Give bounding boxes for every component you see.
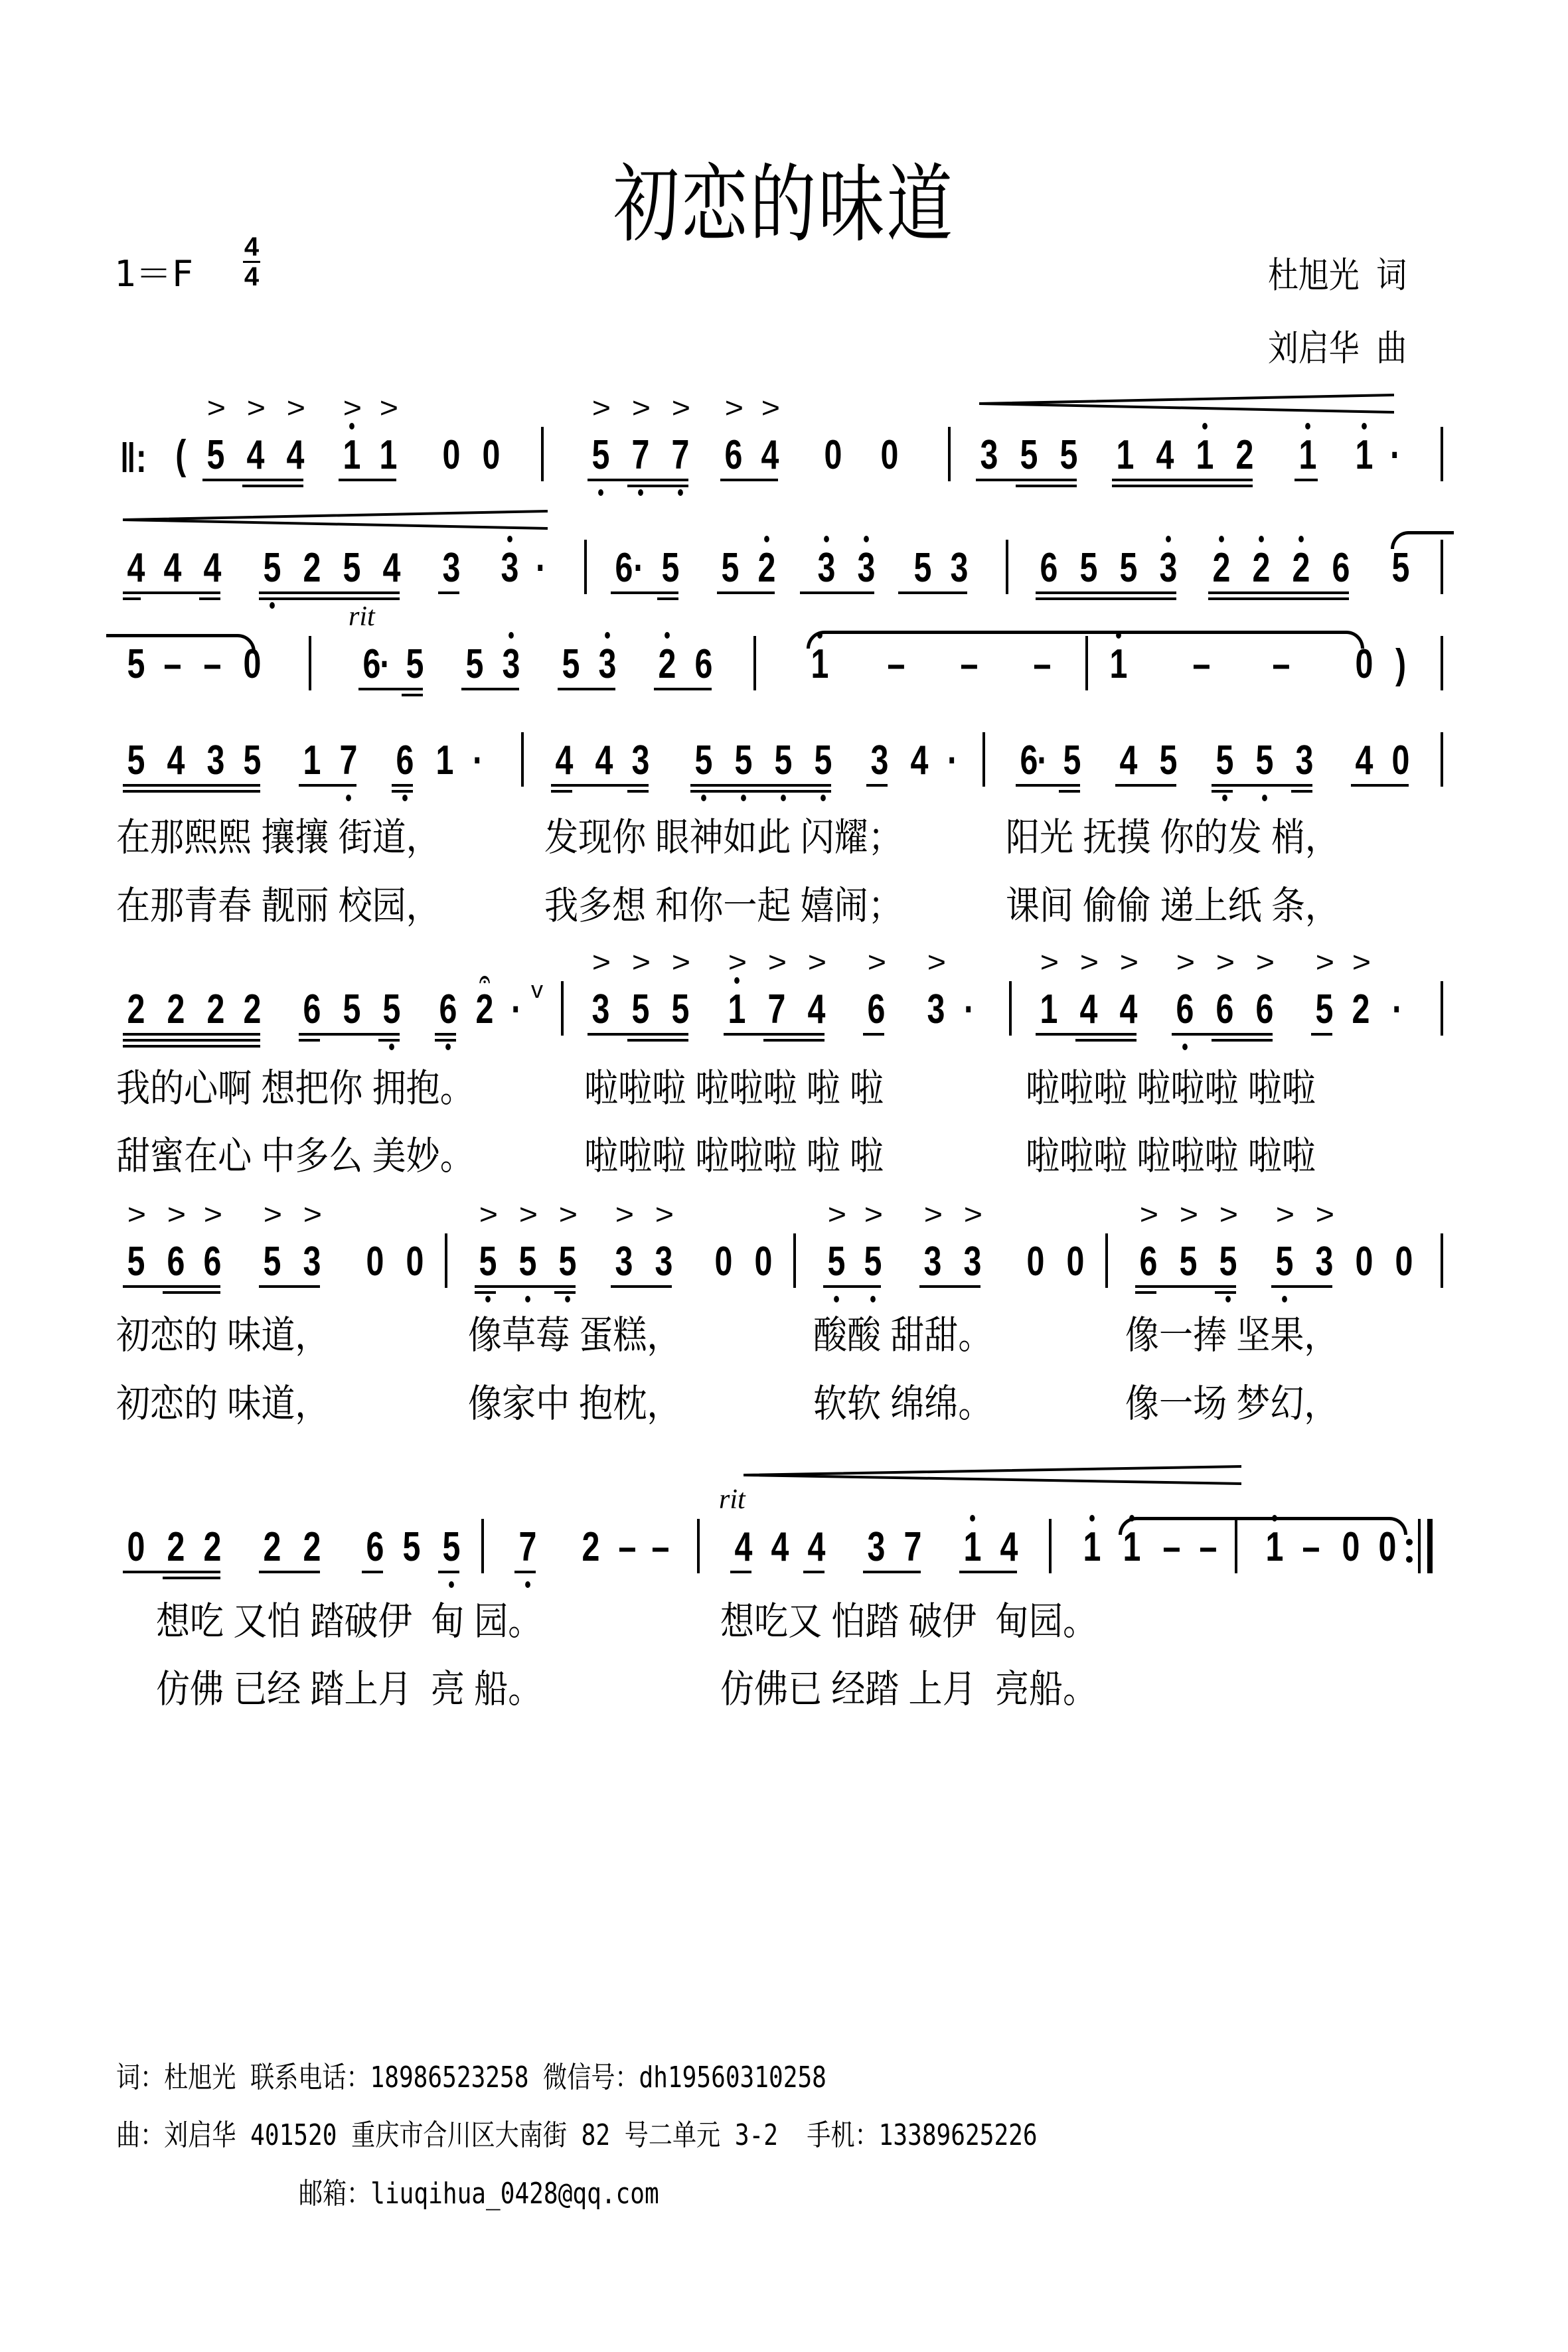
note: 0 [713, 1241, 734, 1283]
accent-icon: > [559, 1200, 578, 1229]
duration-underline [438, 591, 459, 594]
note: 5 [1118, 548, 1138, 589]
note: 7 [338, 740, 358, 781]
duration-underline [1212, 790, 1233, 793]
octave-up-dot-icon [1259, 536, 1264, 542]
accent-icon: > [1316, 1200, 1334, 1229]
note: 4 [162, 548, 183, 589]
note: 2 [165, 989, 186, 1030]
lyric-segment: 像草莓 蛋糕， [468, 1316, 680, 1356]
note: 4 [806, 1527, 826, 1568]
note: 5 [557, 1241, 578, 1283]
note: 6 [1214, 989, 1235, 1030]
note: 7 [766, 989, 787, 1030]
duration-underline [461, 688, 519, 690]
octave-down-dot-icon [1182, 1044, 1188, 1050]
note: 5 [660, 548, 680, 589]
repeat-end-thick-bar [1427, 1519, 1433, 1573]
note: 1 [1115, 435, 1135, 476]
note: 0 [404, 1241, 425, 1283]
accent-icon: > [592, 394, 611, 423]
note: 4 [733, 1527, 753, 1568]
note: 5 [1178, 1241, 1198, 1283]
duration-underline [242, 485, 303, 487]
note: 4 [769, 1527, 790, 1568]
note: 2𝄐 [474, 989, 495, 1030]
duration-underline [392, 784, 413, 787]
augmentation-dot: · [959, 989, 979, 1030]
accent-icon: > [964, 1200, 982, 1229]
note: 5 [464, 644, 485, 685]
note: 1 [809, 644, 830, 685]
duration-underline [657, 597, 678, 600]
lyric-segment: 我多想 和你一起 嬉闹； [544, 886, 902, 926]
duration-underline [627, 485, 688, 487]
duration-underline [690, 790, 831, 793]
note: 1 [301, 740, 322, 781]
accent-icon: > [1080, 948, 1099, 977]
repeat-dot-icon [1406, 1556, 1413, 1563]
note: 5 [1158, 740, 1178, 781]
duration-underline [435, 1033, 456, 1036]
duration-underline [358, 688, 423, 690]
note: 4 [806, 989, 826, 1030]
dash-extension: – [617, 1527, 637, 1568]
note: 1 [962, 1527, 982, 1568]
note: 2 [1291, 548, 1311, 589]
augmentation-dot: · [530, 548, 551, 589]
note: 6 [1330, 548, 1351, 589]
octave-down-dot-icon [402, 795, 408, 801]
note: 4 [1118, 740, 1138, 781]
accent-icon: > [1120, 948, 1138, 977]
lyric-segment: 初恋的 味道， [116, 1384, 329, 1424]
note: 5 [517, 1241, 538, 1283]
note: 4 [1078, 989, 1099, 1030]
accent-icon: > [1176, 948, 1195, 977]
octave-up-dot-icon [605, 632, 610, 639]
duration-underline [1036, 591, 1176, 594]
accent-icon: > [247, 394, 266, 423]
note: 2 [1211, 548, 1231, 589]
lyric-segment: 像家中 抱枕， [468, 1384, 680, 1424]
note: 1 [1194, 435, 1215, 476]
duration-underline [475, 1291, 496, 1294]
note: 5 [1078, 548, 1099, 589]
score-notation: ‖:(5>4>4>1>1>005>7>7>6>4>00355141211·444… [0, 0, 1568, 2352]
note: 5 [441, 1527, 461, 1568]
barline [1441, 636, 1443, 690]
note: 7 [630, 435, 651, 476]
note: 3 [949, 548, 969, 589]
duration-underline [123, 591, 220, 594]
octave-up-dot-icon [1166, 536, 1171, 542]
note: 6 [165, 1241, 186, 1283]
duration-underline [588, 479, 688, 481]
duration-underline [611, 591, 678, 594]
barline [1441, 981, 1443, 1036]
accent-icon: > [728, 948, 747, 977]
note: 5 [1058, 435, 1079, 476]
barline [1105, 1233, 1108, 1288]
duration-underline [1135, 1291, 1156, 1294]
note: 3 [501, 644, 521, 685]
barline [793, 1233, 796, 1288]
note: 5 [1314, 989, 1334, 1030]
note: 4 [909, 740, 929, 781]
duration-underline [627, 1039, 688, 1042]
note: 2 [580, 1527, 601, 1568]
accent-icon: > [632, 948, 651, 977]
octave-down-dot-icon [565, 1296, 570, 1302]
note: 1 [1297, 435, 1318, 476]
accent-icon: > [1216, 948, 1235, 977]
duration-underline [259, 597, 400, 600]
tie-slur [106, 634, 256, 652]
lyric-segment: 啦啦啦 啦啦啦 啦啦 [1026, 1069, 1316, 1109]
barline [584, 540, 587, 594]
note: 5 [242, 740, 262, 781]
note: 5 [404, 644, 425, 685]
lyric-segment: 想吃又 怕踏 破伊 甸园。 [720, 1602, 1097, 1642]
note: 1 [1108, 644, 1129, 685]
repeat-start-sign: ( [175, 435, 186, 476]
footer-email: 邮箱：liuqihua_0428@qq.com [299, 2169, 659, 2212]
note: 5 [862, 1241, 883, 1283]
octave-down-dot-icon [598, 489, 603, 496]
duration-underline [1112, 485, 1253, 487]
octave-down-dot-icon [1225, 1296, 1231, 1302]
octave-up-dot-icon [764, 536, 769, 542]
duration-underline [1036, 597, 1176, 600]
octave-down-dot-icon [834, 1296, 839, 1302]
note: 2 [242, 989, 262, 1030]
barline [1441, 1233, 1443, 1288]
note: 3 [590, 989, 611, 1030]
note: 3 [869, 740, 890, 781]
duration-underline [163, 1577, 220, 1579]
barline [481, 1519, 484, 1573]
duration-underline [720, 479, 778, 481]
note: 5 [205, 435, 226, 476]
crescendo-hairpin [123, 510, 548, 530]
duration-underline [299, 1033, 400, 1036]
duration-underline [558, 688, 615, 690]
note: 2 [1350, 989, 1371, 1030]
note: 5 [1061, 740, 1082, 781]
note: 6 [866, 989, 886, 1030]
octave-up-dot-icon [970, 1515, 975, 1522]
octave-down-dot-icon [445, 1044, 451, 1050]
lyric-segment: 像一捧 坚果， [1125, 1316, 1338, 1356]
accent-icon: > [1256, 948, 1275, 977]
note: 3 [866, 1527, 886, 1568]
accent-icon: > [592, 948, 611, 977]
note: 2 [125, 989, 146, 1030]
duration-underline [654, 688, 712, 690]
duration-underline [435, 1039, 456, 1042]
dash-extension: – [886, 644, 906, 685]
note: 4 [285, 435, 305, 476]
duration-underline [976, 479, 1077, 481]
note: 4 [554, 740, 574, 781]
duration-underline [866, 784, 888, 787]
octave-down-dot-icon [678, 489, 683, 496]
duration-underline [588, 1033, 688, 1036]
note: 4 [165, 740, 186, 781]
accent-icon: > [725, 394, 744, 423]
note: 7 [902, 1527, 923, 1568]
lyric-segment: 像一场 梦幻， [1125, 1384, 1338, 1424]
note: 4 [998, 1527, 1019, 1568]
note: 2 [1251, 548, 1271, 589]
note: 6 [394, 740, 415, 781]
octave-up-dot-icon [1219, 536, 1224, 542]
note: 5 [1274, 1241, 1294, 1283]
augmentation-dot: · [942, 740, 963, 781]
footer-lyricist-contact: 词：杜旭光 联系电话：18986523258 微信号：dh19560310258 [116, 2053, 826, 2096]
lyric-segment: 甜蜜在心 中多么 美妙。 [116, 1137, 474, 1176]
accent-icon: > [207, 394, 226, 423]
note: 2 [165, 1527, 186, 1568]
note: 5 [773, 740, 793, 781]
note: 0 [1354, 644, 1374, 685]
duration-underline [1212, 1039, 1273, 1042]
barline [541, 427, 544, 481]
note: 5 [720, 548, 740, 589]
lyric-segment: 发现你 眼神如此 闪耀； [544, 818, 902, 858]
accent-icon: > [167, 1200, 186, 1229]
duration-underline [551, 790, 572, 793]
note: 6 [437, 989, 458, 1030]
note: 2 [1234, 435, 1255, 476]
accent-icon: > [864, 1200, 883, 1229]
lyric-segment: 想吃 又怕 踏破伊 甸 园。 [156, 1602, 542, 1642]
accent-icon: > [1276, 1200, 1294, 1229]
note: 0 [823, 435, 843, 476]
note: 2 [202, 1527, 222, 1568]
note: 0 [481, 435, 501, 476]
barline [1049, 1519, 1052, 1573]
duration-underline [514, 1571, 536, 1573]
accent-icon: > [343, 394, 362, 423]
note: 3 [205, 740, 226, 781]
note: 3 [816, 548, 836, 589]
accent-icon: > [1040, 948, 1059, 977]
note: 0 [1025, 1241, 1046, 1283]
note: 6 [1138, 1241, 1158, 1283]
note: 5 [826, 1241, 846, 1283]
duration-underline [123, 1039, 260, 1042]
note: 2 [301, 548, 322, 589]
octave-down-dot-icon [1222, 795, 1227, 801]
fermata-icon: 𝄐 [474, 959, 495, 1000]
note: 0 [1393, 1241, 1414, 1283]
accent-icon: > [828, 1200, 846, 1229]
note: 5 [401, 1527, 422, 1568]
lyric-segment: 酸酸 甜甜。 [813, 1316, 992, 1356]
note: 6 [693, 644, 714, 685]
accent-icon: > [204, 1200, 222, 1229]
duration-underline [259, 591, 400, 594]
accent-icon: > [287, 394, 305, 423]
note: 4 [1154, 435, 1175, 476]
accent-icon: > [303, 1200, 322, 1229]
note: 4 [202, 548, 222, 589]
duration-underline [1115, 784, 1176, 787]
octave-up-dot-icon [824, 536, 829, 542]
note: 3 [922, 1241, 943, 1283]
octave-down-dot-icon [821, 795, 826, 801]
duration-underline [163, 1291, 220, 1294]
octave-up-dot-icon [1305, 423, 1310, 430]
note: 3 [301, 1241, 322, 1283]
duration-underline [259, 1285, 320, 1288]
note: 0 [879, 435, 900, 476]
duration-underline [123, 597, 141, 600]
note: 0 [753, 1241, 773, 1283]
duration-underline [1112, 479, 1253, 481]
dash-extension: – [650, 1527, 670, 1568]
lyric-segment: 在那熙熙 攘攘 街道， [116, 818, 440, 858]
note: 1 [378, 435, 398, 476]
barline [561, 981, 564, 1036]
note: 6 [301, 989, 322, 1030]
note: 6 [202, 1241, 222, 1283]
accent-icon: > [868, 948, 886, 977]
note: 5 [262, 1241, 282, 1283]
octave-down-dot-icon [525, 1296, 530, 1302]
note: 6 [361, 644, 382, 685]
accent-icon: > [808, 948, 826, 977]
note: 6 [723, 435, 744, 476]
duration-underline [1059, 790, 1080, 793]
note: 3 [613, 1241, 634, 1283]
duration-underline [1075, 1039, 1137, 1042]
octave-down-dot-icon [741, 795, 746, 801]
note: 3 [441, 548, 461, 589]
duration-underline [299, 784, 356, 787]
duration-underline [1311, 1033, 1332, 1036]
duration-underline [724, 1033, 824, 1036]
note: 5 [341, 548, 362, 589]
footer-composer-contact: 曲：刘启华 401520 重庆市合川区大南街 82 号二单元 3-2 手机：13… [116, 2111, 1038, 2154]
duration-underline [123, 1571, 220, 1573]
repeat-start-sign: ‖: [120, 438, 147, 479]
note: 5 [125, 740, 146, 781]
duration-underline [1291, 790, 1312, 793]
lyric-segment: 软软 绵绵。 [813, 1384, 992, 1424]
barline [982, 732, 985, 787]
duration-underline [199, 597, 220, 600]
note: 5 [733, 740, 753, 781]
duration-underline [392, 790, 413, 793]
note: 3 [1314, 1241, 1334, 1283]
note: 1 [341, 435, 362, 476]
octave-down-dot-icon [701, 795, 706, 801]
note: 4 [759, 435, 780, 476]
note: 0 [441, 435, 461, 476]
duration-underline [123, 1033, 260, 1036]
note: 5 [1390, 548, 1411, 589]
duration-underline [378, 1039, 400, 1042]
octave-down-dot-icon [485, 1296, 491, 1302]
accent-icon: > [1352, 948, 1371, 977]
duration-underline [959, 1571, 1017, 1573]
duration-underline [299, 1039, 320, 1042]
note: 1 [1081, 1527, 1102, 1568]
duration-underline [1016, 485, 1077, 487]
crescendo-hairpin [744, 1465, 1241, 1485]
note: 4 [593, 740, 614, 781]
note: 5 [630, 989, 651, 1030]
duration-underline [1036, 1033, 1137, 1036]
note: 0 [1065, 1241, 1085, 1283]
octave-down-dot-icon [870, 1296, 876, 1302]
barline [1441, 427, 1443, 481]
octave-down-dot-icon [449, 1581, 454, 1588]
accent-icon: > [519, 1200, 538, 1229]
duration-underline [123, 784, 260, 787]
note: 2 [205, 989, 226, 1030]
duration-underline [1135, 1285, 1236, 1288]
barline [1441, 732, 1443, 787]
tie-slur [1119, 1517, 1407, 1535]
note: 3 [499, 548, 520, 589]
accent-icon: > [1180, 1200, 1198, 1229]
note: 6 [1018, 740, 1039, 781]
lyric-segment: 啦啦啦 啦啦啦 啦 啦 [584, 1069, 884, 1109]
note: 4 [1118, 989, 1138, 1030]
note: 3 [979, 435, 999, 476]
note: 3 [1158, 548, 1178, 589]
note: 3 [597, 644, 617, 685]
duration-underline [402, 694, 423, 696]
octave-down-dot-icon [1262, 795, 1267, 801]
tie-slur [1391, 531, 1454, 549]
note: 6 [1254, 989, 1275, 1030]
note: 2 [301, 1527, 322, 1568]
duration-underline [717, 591, 775, 594]
duration-underline [259, 1571, 320, 1573]
accent-icon: > [1140, 1200, 1158, 1229]
accent-icon: > [615, 1200, 634, 1229]
duration-underline [611, 1285, 672, 1288]
octave-down-dot-icon [525, 1581, 530, 1588]
octave-down-dot-icon [1282, 1296, 1287, 1302]
accent-icon: > [927, 948, 946, 977]
duration-underline [202, 479, 303, 481]
repeat-end-thin-bar [1418, 1519, 1421, 1573]
note: 5 [813, 740, 833, 781]
augmentation-dot: · [1387, 989, 1407, 1030]
note: 5 [262, 548, 282, 589]
lyric-segment: 啦啦啦 啦啦啦 啦啦 [1026, 1137, 1316, 1176]
note: 5 [670, 989, 690, 1030]
duration-underline [123, 1285, 220, 1288]
lyric-segment: 仿佛已 经踏 上月 亮船。 [720, 1670, 1097, 1709]
accent-icon: > [127, 1200, 146, 1229]
accent-icon: > [632, 394, 651, 423]
dash-extension: – [1271, 644, 1291, 685]
note: 0 [364, 1241, 385, 1283]
note: 0 [1354, 1241, 1374, 1283]
augmentation-dot: · [380, 644, 390, 685]
augmentation-dot: · [633, 548, 644, 589]
barline [1009, 981, 1012, 1036]
accent-icon: > [479, 1200, 498, 1229]
note: 3 [1294, 740, 1314, 781]
